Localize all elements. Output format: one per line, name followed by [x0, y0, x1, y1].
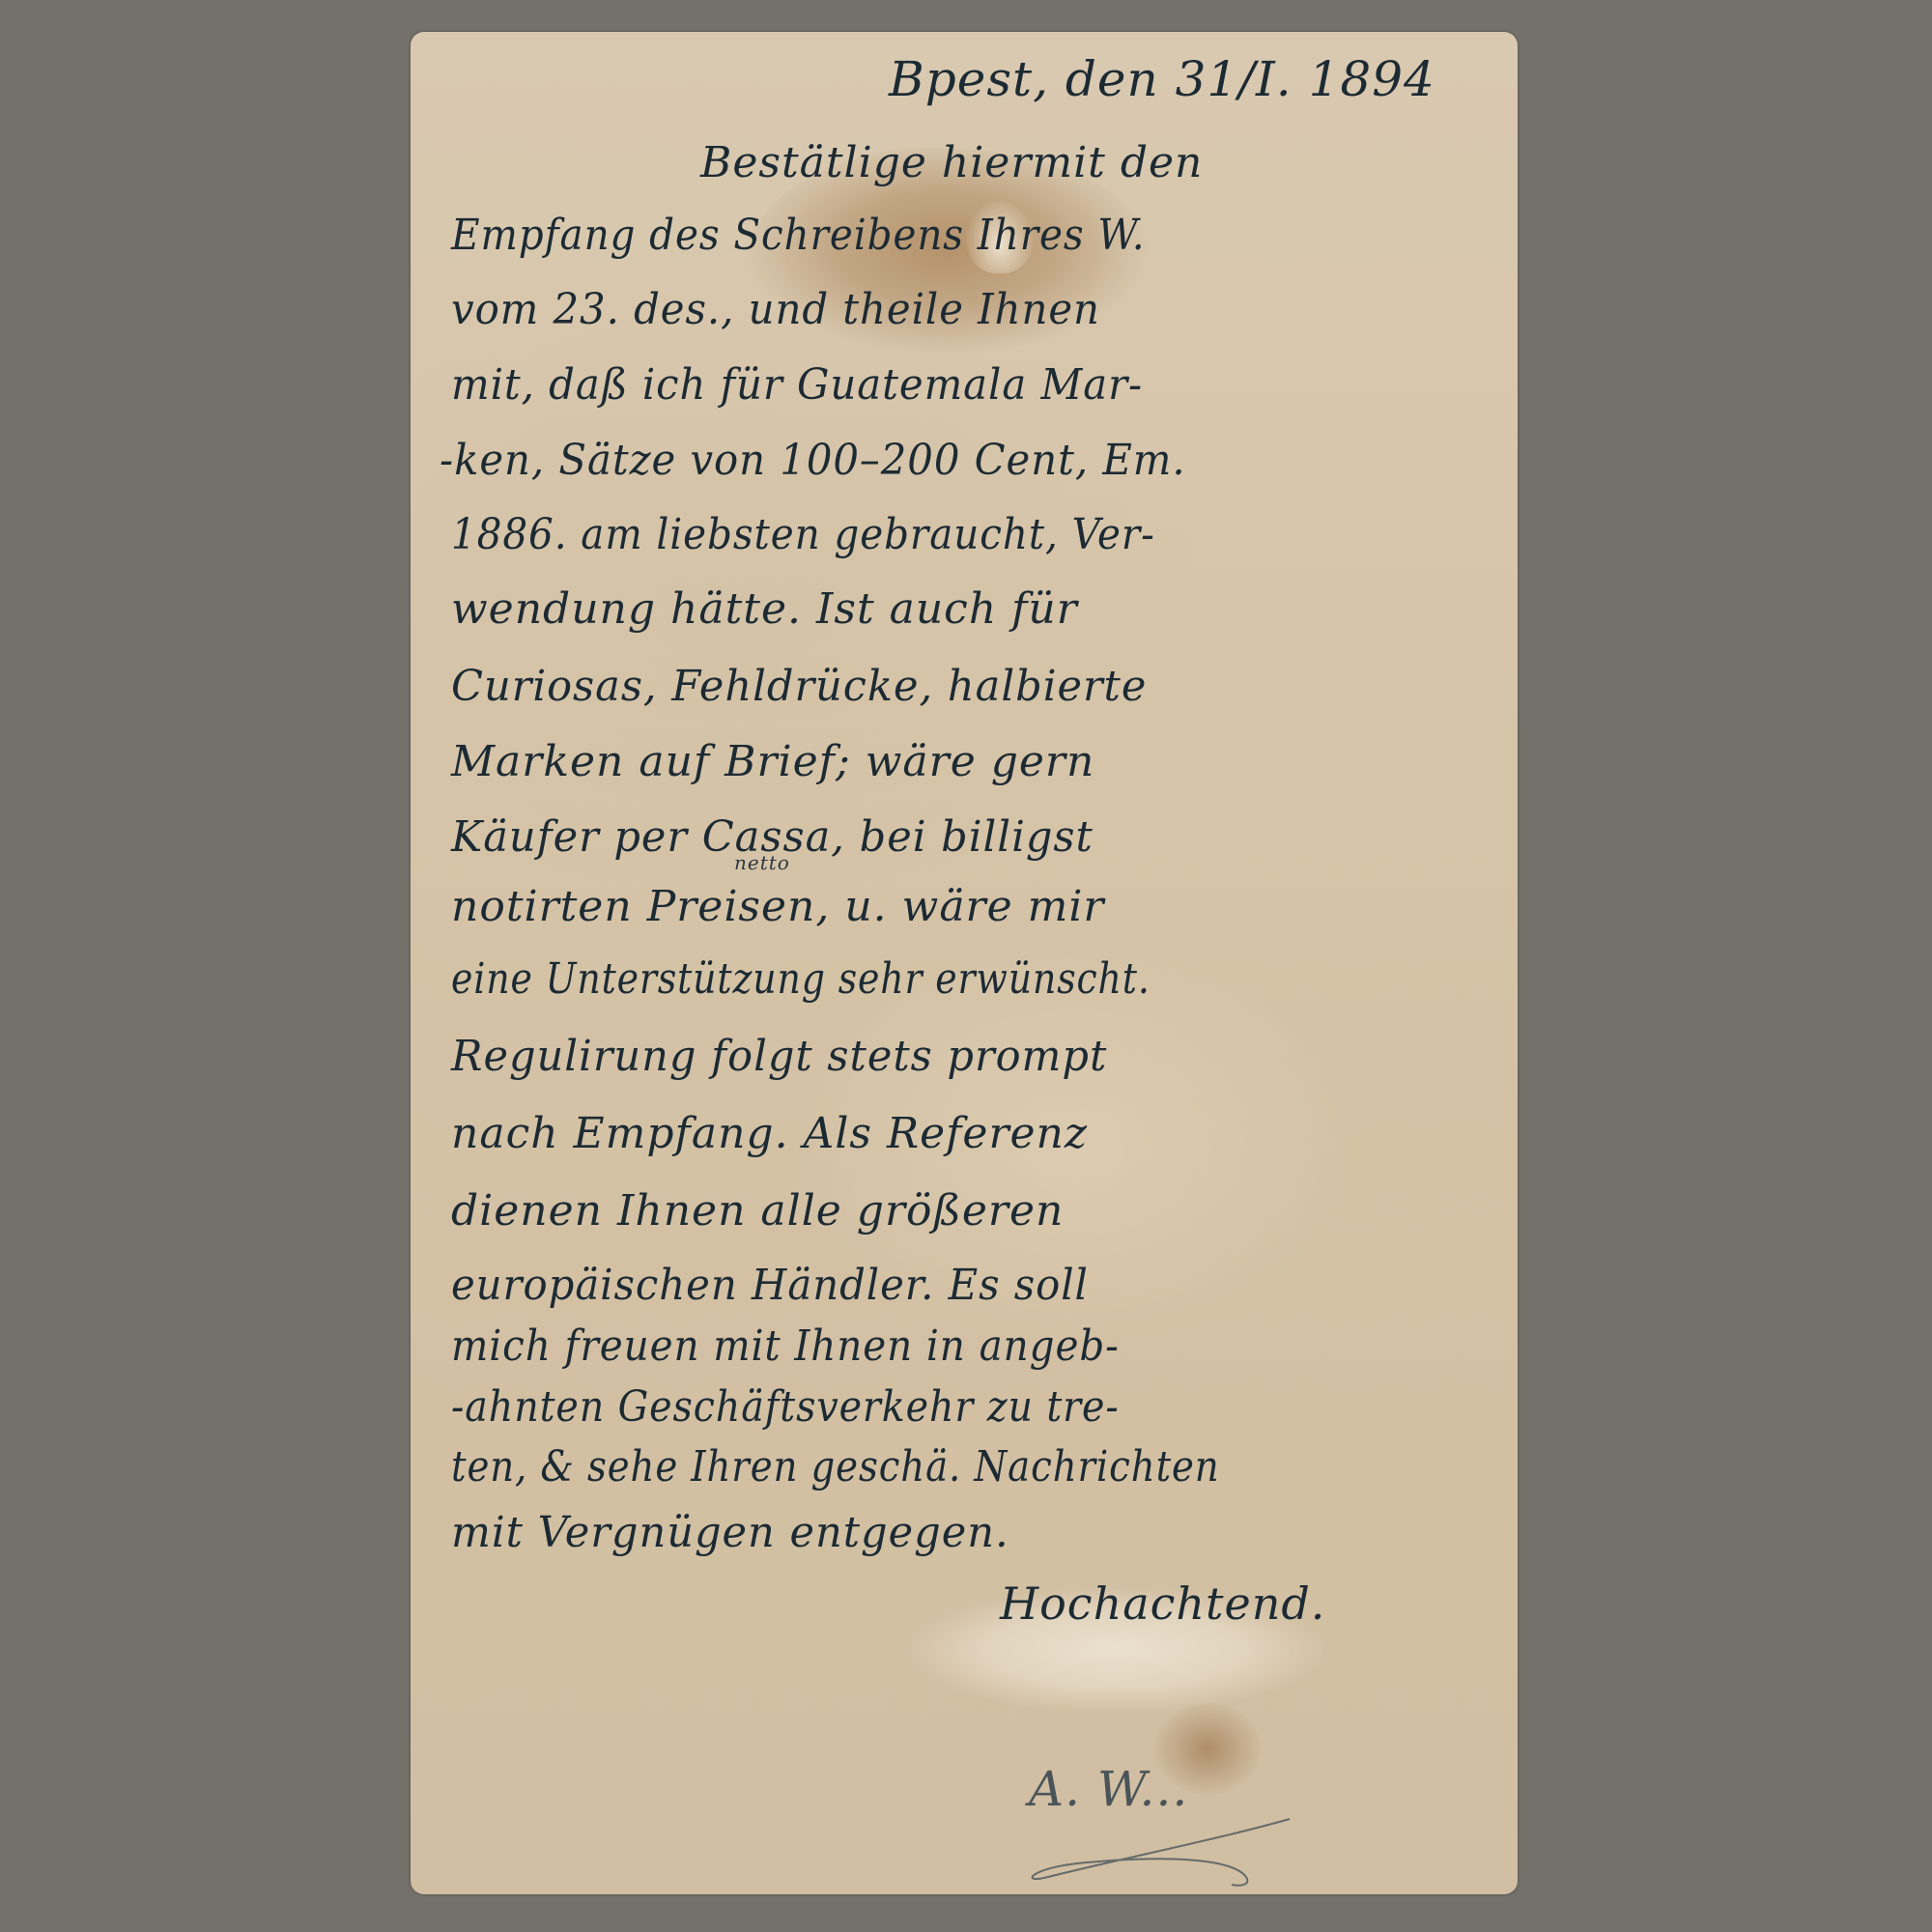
letter-line: dienen Ihnen alle größeren: [451, 1186, 1064, 1236]
signature-flourish: [1009, 1809, 1299, 1887]
letter-line: eine Unterstützung sehr erwünscht.: [451, 954, 1151, 1004]
letter-line: Regulirung folgt stets prompt: [451, 1032, 1107, 1081]
letter-line: -ahnten Geschäftsverkehr zu tre-: [451, 1382, 1120, 1432]
letter-line: -ken, Sätze von 100–200 Cent, Em.: [440, 436, 1186, 485]
letter-line: Curiosas, Fehldrücke, halbierte: [451, 662, 1147, 711]
letter-line: ten, & sehe Ihren geschä. Nachrichten: [451, 1442, 1220, 1492]
letter-line: Empfang des Schreibens Ihres W.: [451, 211, 1146, 260]
letter-line: europäischen Händler. Es soll: [451, 1261, 1089, 1310]
letter-line: Bestätlige hiermit den: [700, 138, 1203, 187]
letter-line: mit, daß ich für Guatemala Mar-: [451, 360, 1143, 410]
interlinear-note: netto: [734, 851, 790, 874]
letter-line: mit Vergnügen entgegen.: [451, 1508, 1009, 1557]
letter-line: Marken auf Brief; wäre gern: [451, 737, 1094, 786]
postcard: Bpest, den 31/I. 1894 Bestätlige hiermit…: [411, 32, 1518, 1894]
letter-line: vom 23. des., und theile Ihnen: [451, 285, 1100, 334]
letter-line: mich freuen mit Ihnen in angeb-: [451, 1321, 1120, 1371]
letter-line: notirten Preisen, u. wäre mir: [451, 882, 1104, 931]
letter-line: wendung hätte. Ist auch für: [451, 584, 1078, 634]
closing: Hochachtend.: [1000, 1577, 1325, 1630]
letter-line: nach Empfang. Als Referenz: [451, 1109, 1088, 1158]
letter-line: 1886. am liebsten gebraucht, Ver-: [451, 510, 1155, 559]
scan-background: Bpest, den 31/I. 1894 Bestätlige hiermit…: [0, 0, 1932, 1932]
dateline: Bpest, den 31/I. 1894: [889, 51, 1435, 107]
